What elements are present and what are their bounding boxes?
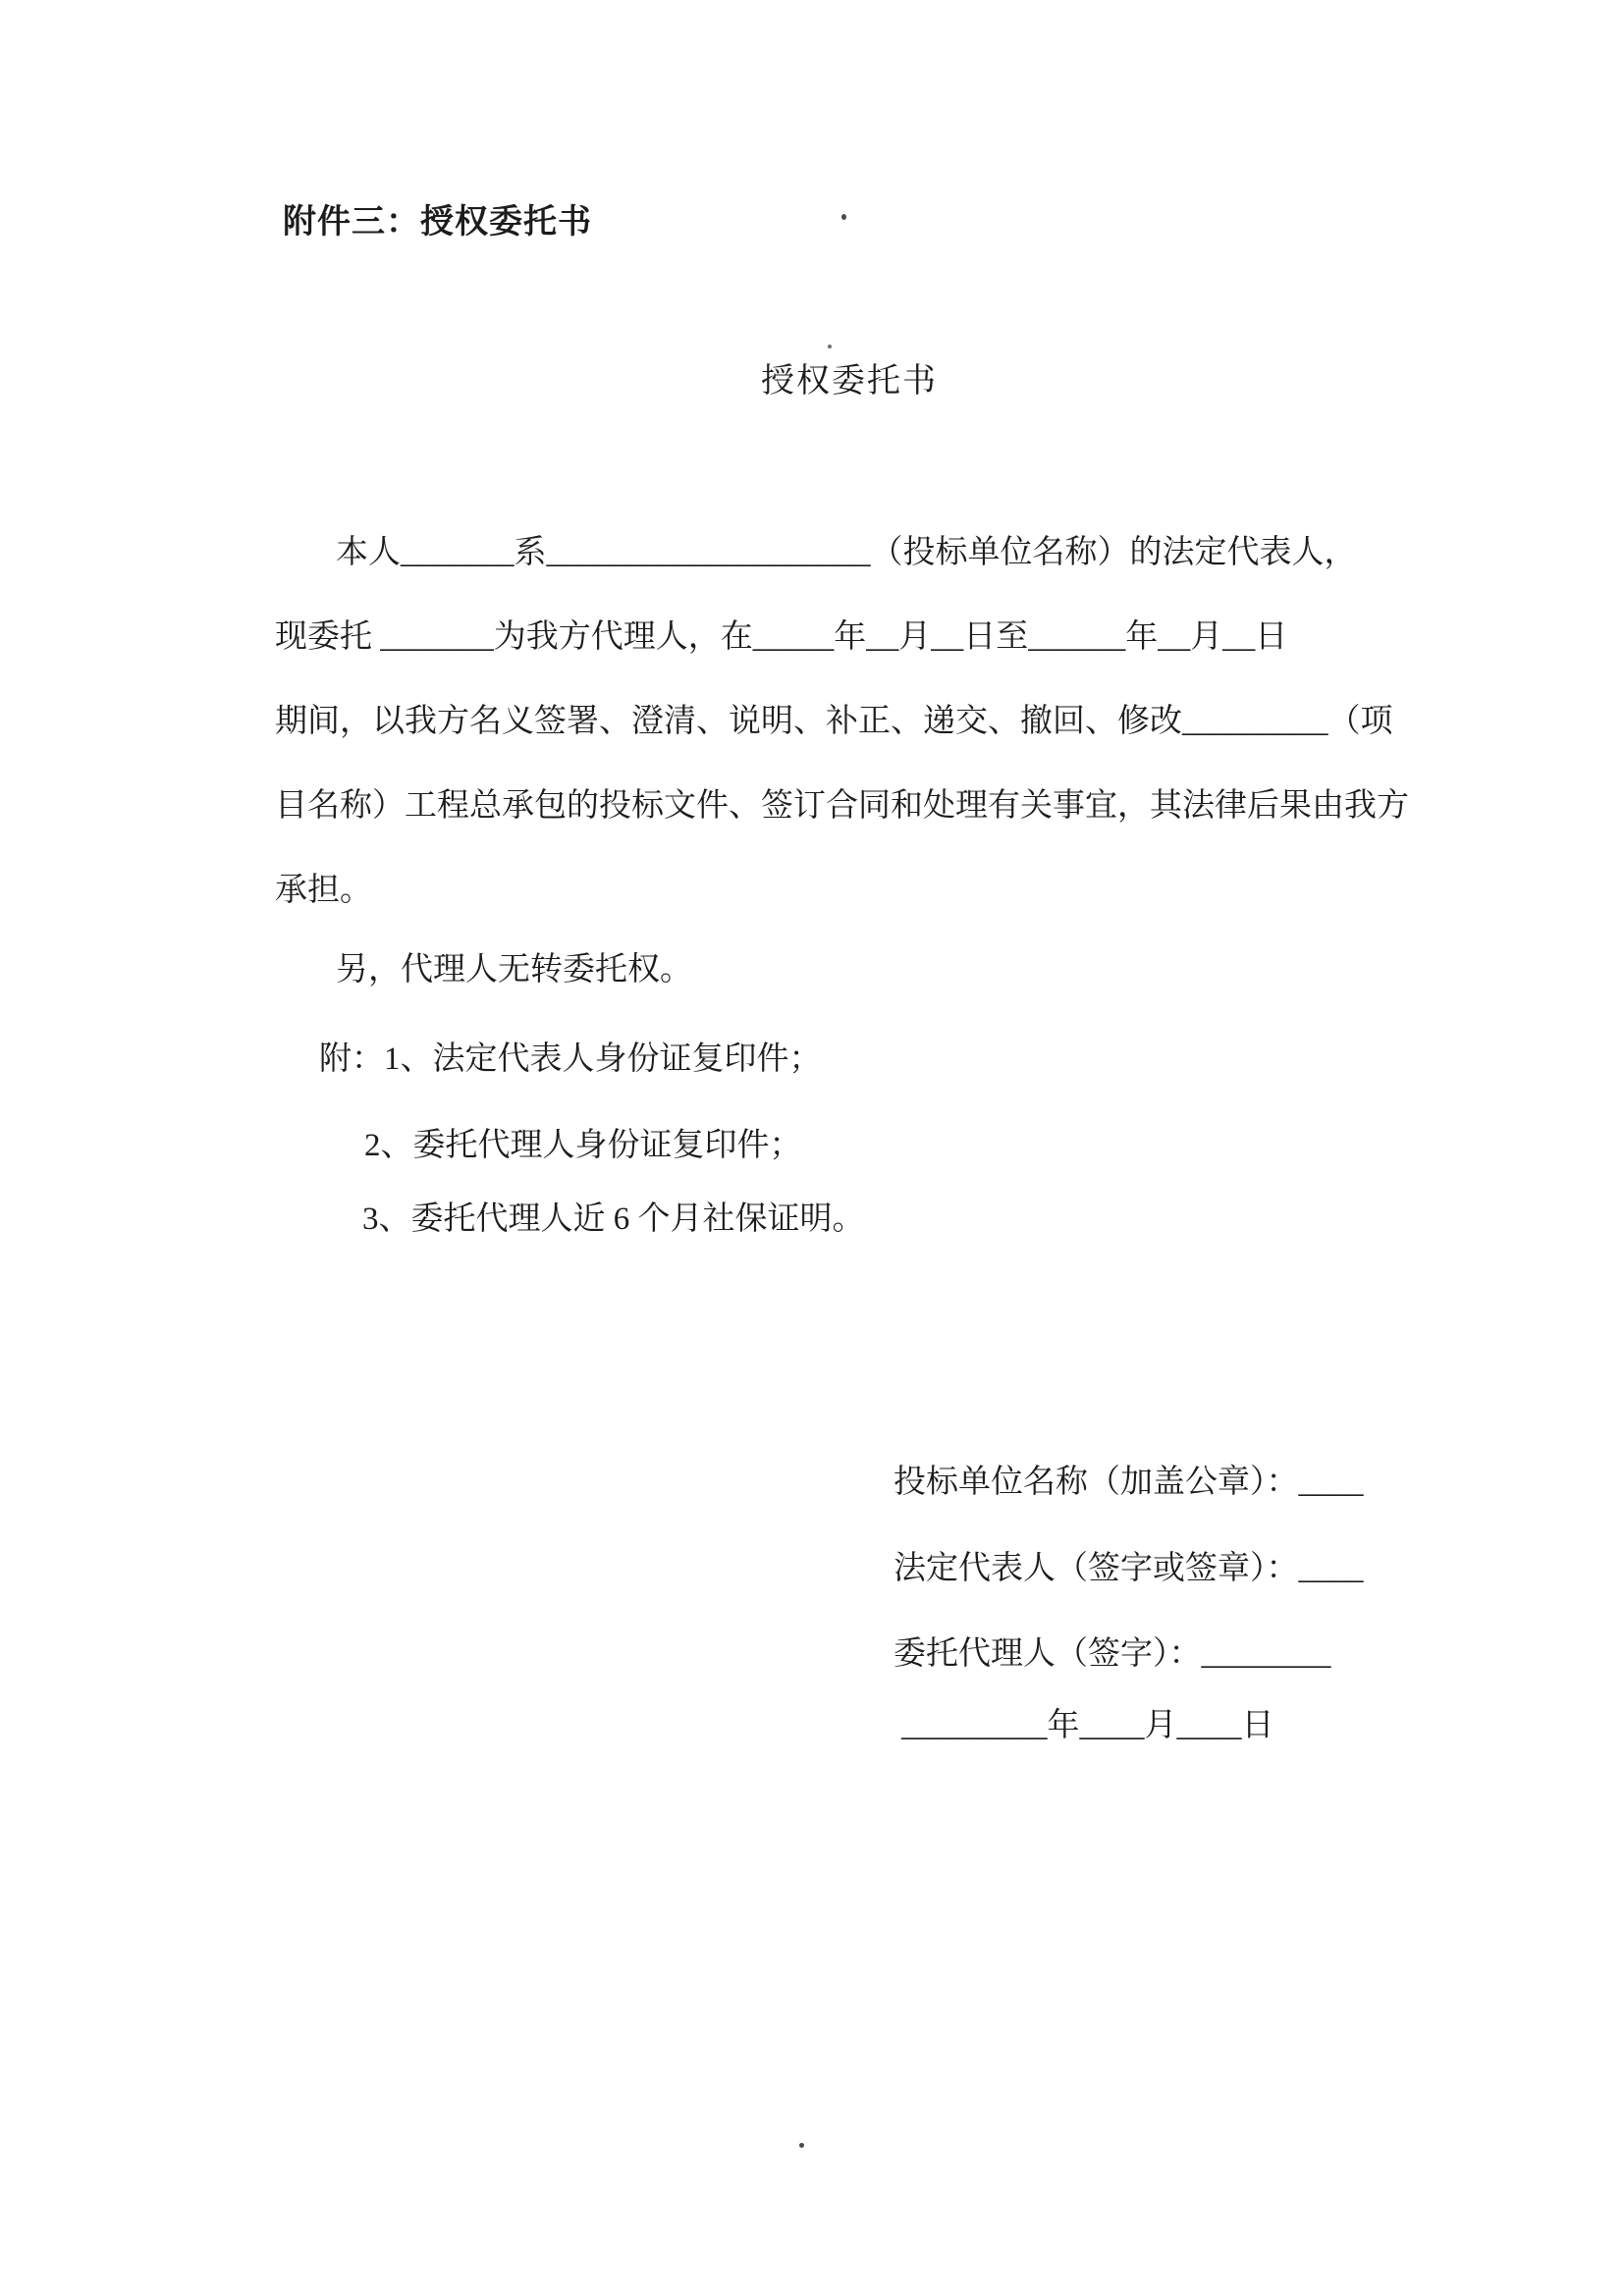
document-page: 附件三：授权委托书 授权委托书 本人_______系______________… [0,0,1624,2296]
paragraph-line-4: 目名称）工程总承包的投标文件、签订合同和处理有关事宜，其法律后果由我方 [275,764,1443,848]
body-paragraph: 本人_______系____________________（投标单位名称）的法… [275,510,1443,933]
paragraph-line-3: 期间，以我方名义签署、澄清、说明、补正、递交、撤回、修改_________（项 [275,679,1443,764]
document-title: 授权委托书 [761,353,938,401]
scan-artifact-dot [799,2143,804,2148]
attachment-list-item-3: 3、委托代理人近 6 个月社保证明。 [362,1194,865,1245]
attachment-heading: 附件三：授权委托书 [283,194,592,242]
paragraph-line-1: 本人_______系____________________（投标单位名称）的法… [275,510,1443,595]
paragraph-line-2: 现委托 _______为我方代理人，在_____年__月__日至______年_… [275,595,1443,679]
legal-representative-signature-line: 法定代表人（签字或签章）：____ [893,1543,1364,1594]
paragraph-line-5: 承担。 [275,848,1443,933]
attachment-list-item-2: 2、委托代理人身份证复印件； [364,1120,802,1171]
authorized-agent-signature-line: 委托代理人（签字）：________ [893,1629,1331,1680]
attachment-list-item-1: 附：1、法定代表人身份证复印件； [275,1034,822,1085]
bidder-name-signature-line: 投标单位名称（加盖公章）：____ [893,1457,1364,1508]
date-line: _________年____月____日 [901,1700,1274,1751]
scan-artifact-dot [841,214,846,220]
scan-artifact-dot [828,345,832,348]
note-no-subdelegation: 另，代理人无转委托权。 [275,944,692,995]
